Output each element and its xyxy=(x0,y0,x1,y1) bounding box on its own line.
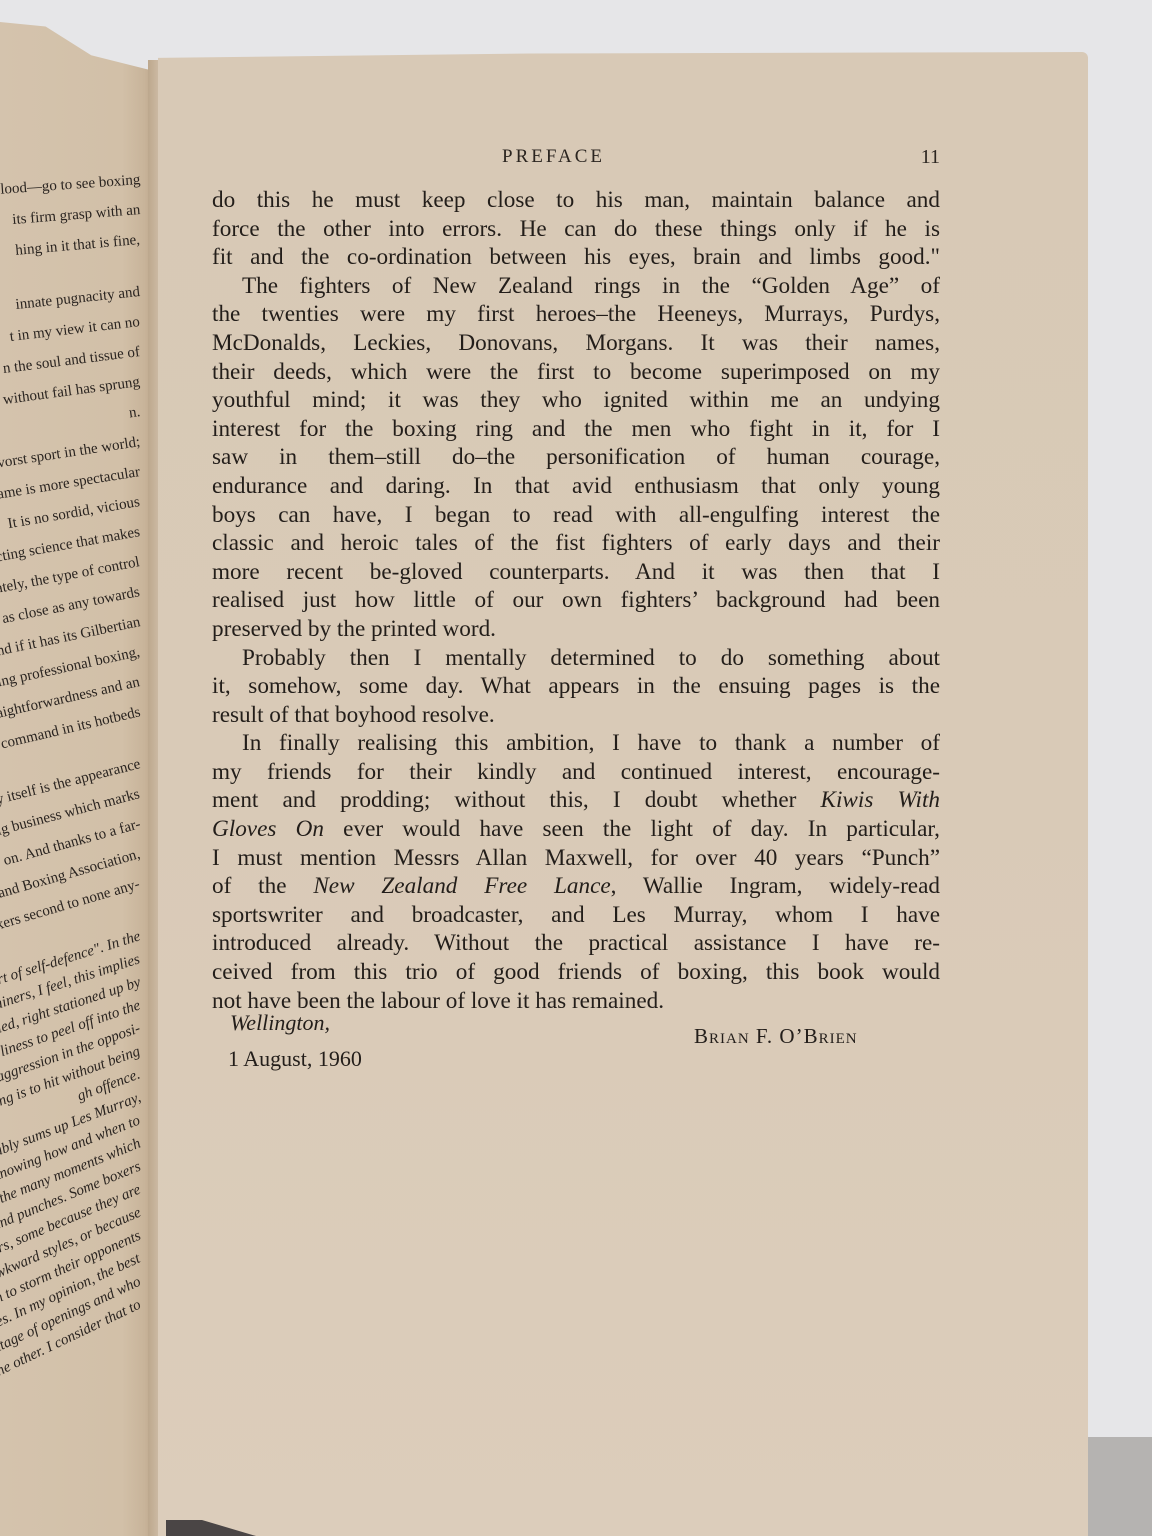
left-page-text: lood—go to see boxingits firm grasp with… xyxy=(0,22,152,1536)
text-line: my friends for their kindly and continue… xyxy=(212,758,940,787)
left-text-line: t without fail has sprung xyxy=(0,374,141,410)
text-line: the twenties were my first heroes–the He… xyxy=(212,300,940,329)
text-line: Probably then I mentally determined to d… xyxy=(212,644,940,673)
text-line: I must mention Messrs Allan Maxwell, for… xyxy=(212,844,940,873)
text-line: result of that boyhood resolve. xyxy=(212,701,940,730)
text-run: , Wallie Ingram, widely-read xyxy=(611,873,940,899)
text-line: The fighters of New Zealand rings in the… xyxy=(212,272,940,301)
preface-body: do this he must keep close to his man, m… xyxy=(212,186,940,1015)
left-text-line: lood—go to see boxing xyxy=(0,172,141,199)
italic-title: New Zealand Free Lance xyxy=(313,873,610,899)
text-line: McDonalds, Leckies, Donovans, Morgans. I… xyxy=(212,329,940,358)
signoff-date: 1 August, 1960 xyxy=(228,1046,362,1072)
text-line: boys can have, I began to read with all-… xyxy=(212,501,940,530)
text-run: of the xyxy=(212,873,313,899)
italic-title: Gloves On xyxy=(212,816,324,842)
left-text-line: its firm grasp with an xyxy=(11,202,140,229)
text-line: interest for the boxing ring and the men… xyxy=(212,415,940,444)
text-line: classic and heroic tales of the fist fig… xyxy=(212,529,940,558)
text-line: saw in them–still do–the personification… xyxy=(212,443,940,472)
text-line: In finally realising this ambition, I ha… xyxy=(212,729,940,758)
text-line: ceived from this trio of good friends of… xyxy=(212,958,940,987)
text-line: preserved by the printed word. xyxy=(212,615,940,644)
left-page: lood—go to see boxingits firm grasp with… xyxy=(0,22,152,1536)
text-run: ever would have seen the light of day. I… xyxy=(324,816,940,842)
left-text-line: n. xyxy=(128,404,142,422)
page-header: PREFACE 11 xyxy=(212,146,940,174)
text-line: youthful mind; it was they who ignited w… xyxy=(212,386,940,415)
text-line: more recent be-gloved counterparts. And … xyxy=(212,558,940,587)
left-text-line: hing in it that is fine, xyxy=(15,232,141,260)
signoff-author: Brian F. O’Brien xyxy=(694,1024,858,1049)
text-line: their deeds, which were the first to bec… xyxy=(212,358,940,387)
page-number: 11 xyxy=(921,146,940,169)
text-line: of the New Zealand Free Lance, Wallie In… xyxy=(212,872,940,901)
text-line: fit and the co-ordination between his ey… xyxy=(212,243,940,272)
signoff: Wellington, 1 August, 1960 Brian F. O’Br… xyxy=(228,1010,908,1080)
text-run: ment and prodding; without this, I doubt… xyxy=(212,787,821,813)
text-line: do this he must keep close to his man, m… xyxy=(212,186,940,215)
left-text-line: t in my view it can no xyxy=(9,314,141,346)
italic-title: Kiwis With xyxy=(821,787,941,813)
text-line: introduced already. Without the practica… xyxy=(212,929,940,958)
left-text-line: n the soul and tissue of xyxy=(2,344,141,378)
text-line: endurance and daring. In that avid enthu… xyxy=(212,472,940,501)
text-line: ment and prodding; without this, I doubt… xyxy=(212,786,940,815)
text-line: it, somehow, some day. What appears in t… xyxy=(212,672,940,701)
text-line: Gloves On ever would have seen the light… xyxy=(212,815,940,844)
running-head: PREFACE xyxy=(502,146,605,168)
text-line: force the other into errors. He can do t… xyxy=(212,215,940,244)
text-line: realised just how little of our own figh… xyxy=(212,586,940,615)
text-line: sportswriter and broadcaster, and Les Mu… xyxy=(212,901,940,930)
signoff-place: Wellington, xyxy=(230,1010,330,1036)
left-text-line: innate pugnacity and xyxy=(15,284,141,314)
